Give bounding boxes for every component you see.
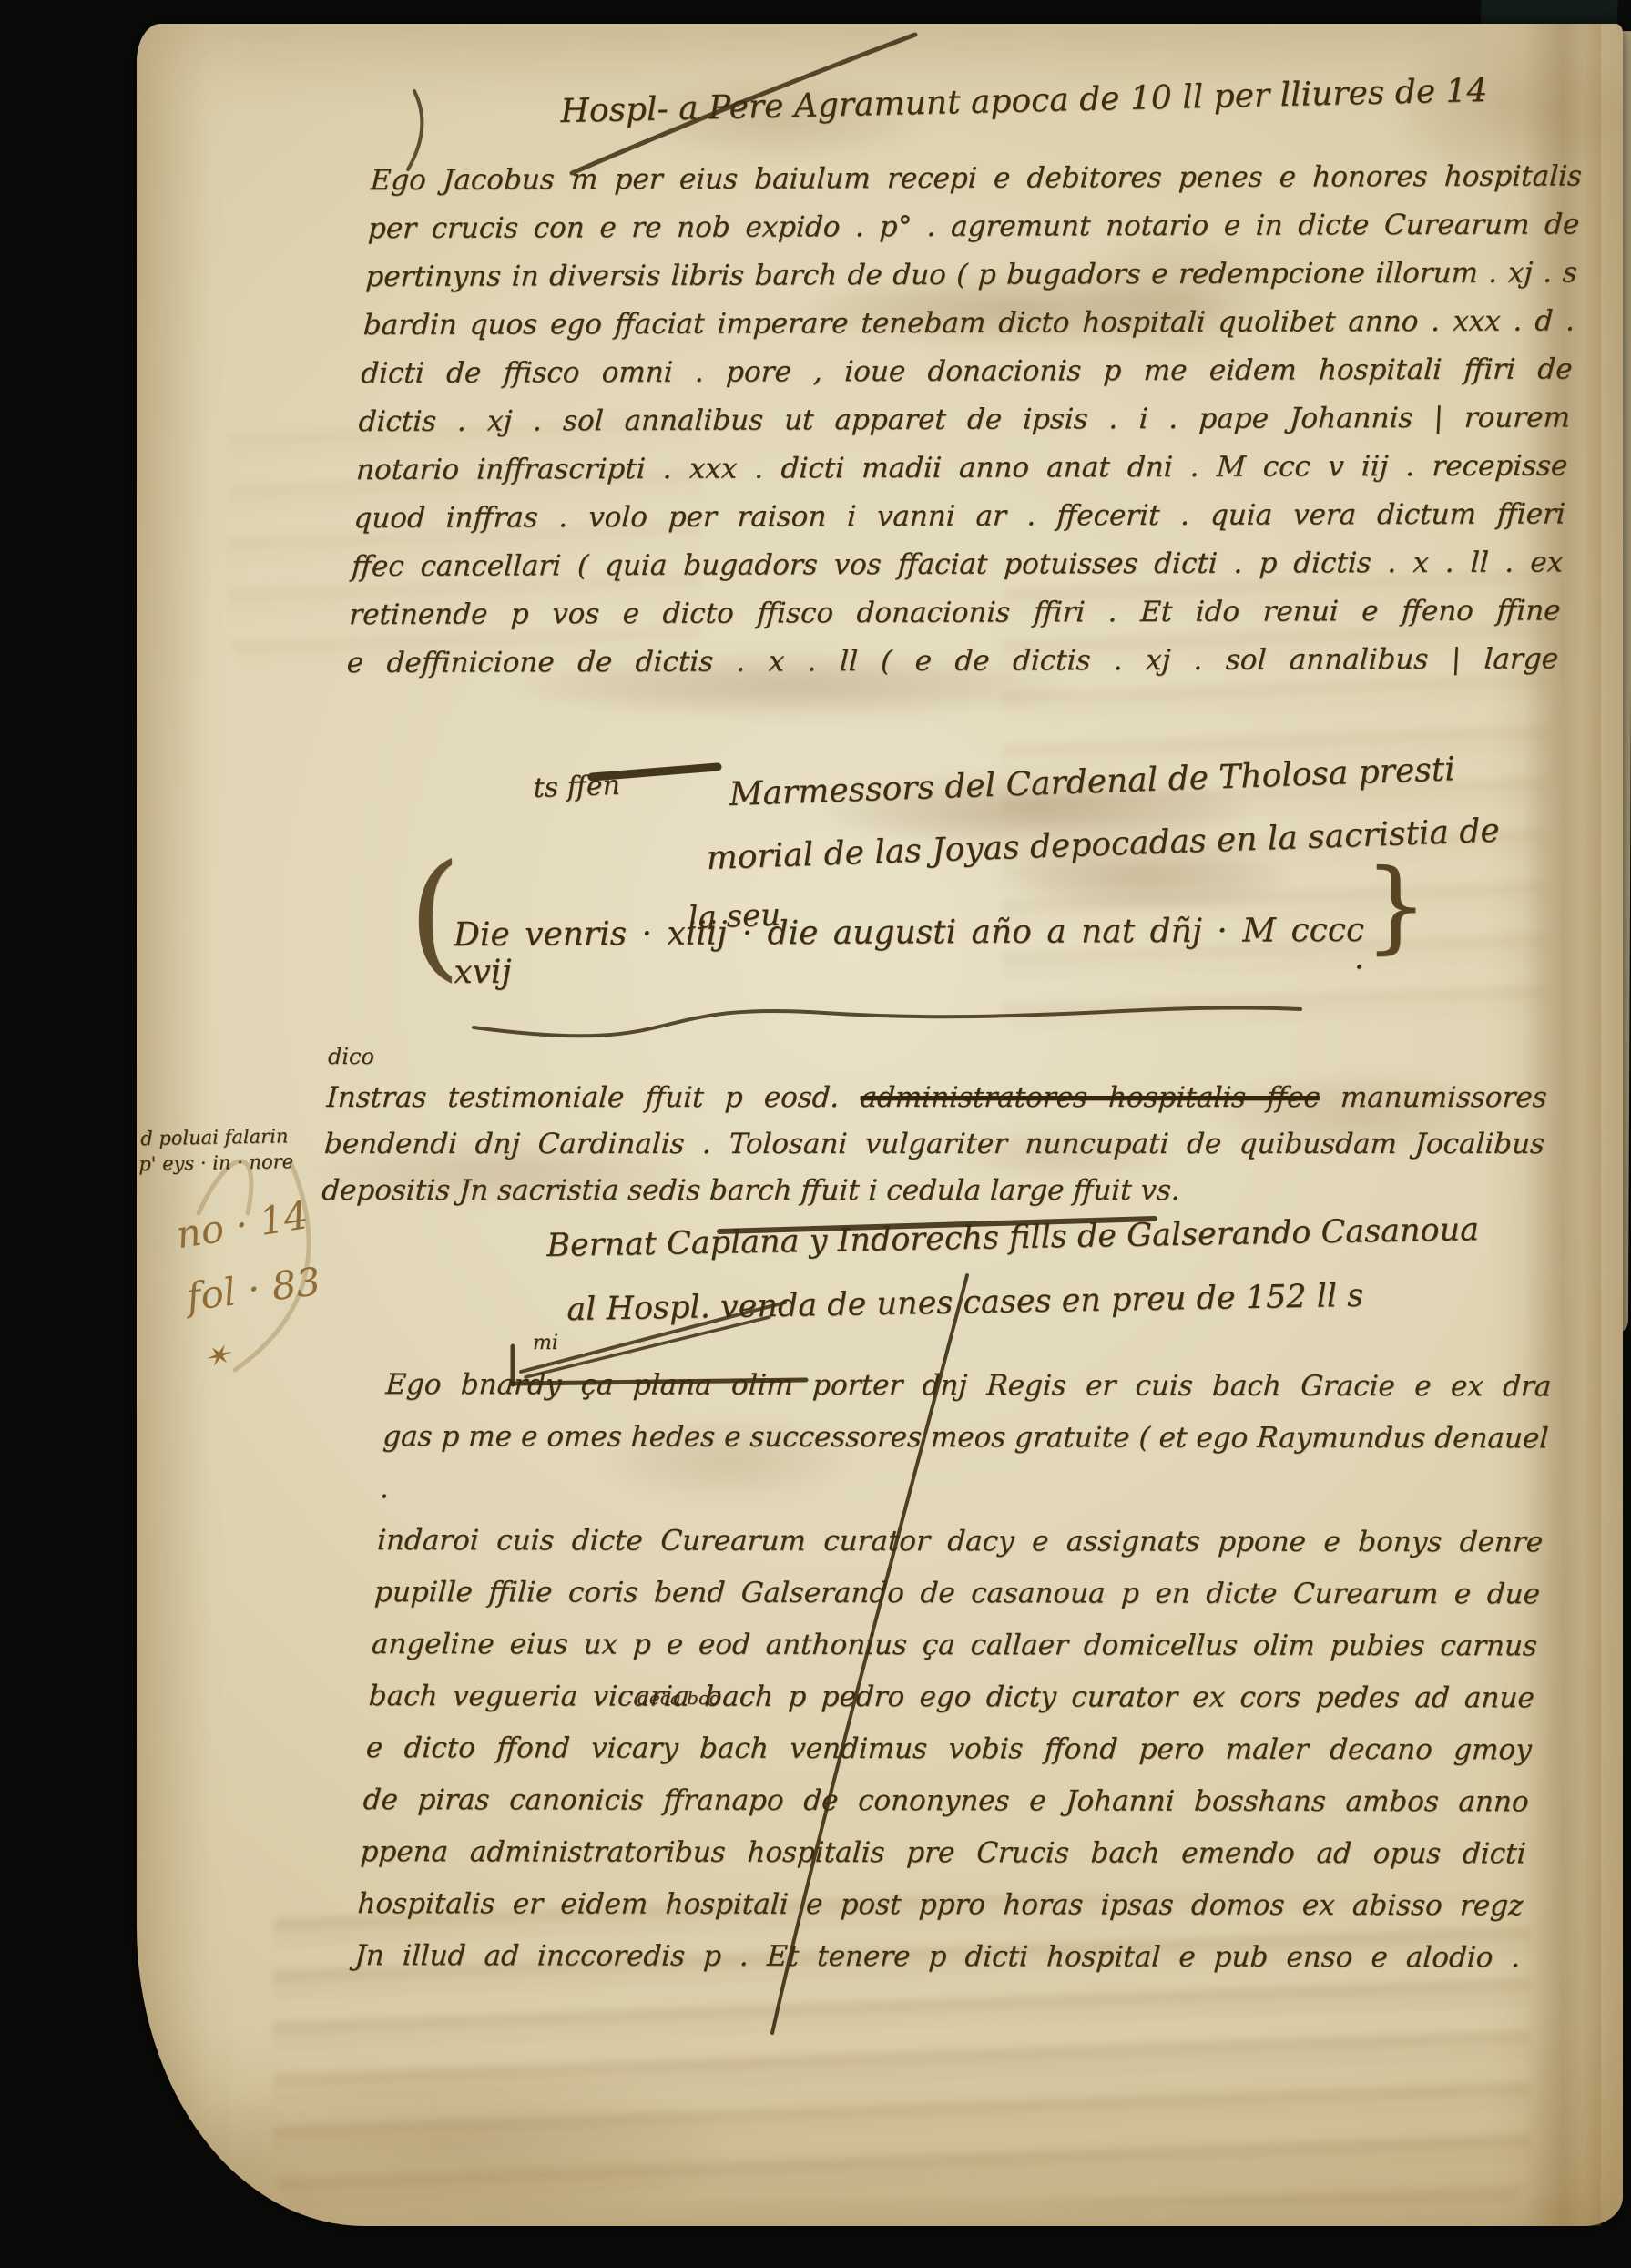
marginal-note: d poluai falarin <box>140 1125 289 1149</box>
body-line: dictis . xj . sol annalibus ut apparet d… <box>357 393 1571 446</box>
manuscript-scan: Hospl- a Pere Agramunt apoca de 10 ll pe… <box>0 0 1631 2268</box>
main-paragraph-3: Ego bnardy ça plana olim porter dnj Regi… <box>353 1359 1553 1984</box>
body-line: bardin quos ego ffaciat imperare tenebam… <box>362 297 1576 350</box>
body-line: bach vegueria vicaria bach p pedro ego d… <box>367 1670 1535 1724</box>
body-line: notario inffrascripti . xxx . dicti madi… <box>355 442 1569 495</box>
body-line: ffec cancellari ( quia bugadors vos ffac… <box>351 538 1565 591</box>
body-line: pertinyns in diversis libris barch de du… <box>364 249 1578 301</box>
body-line: indaroi cuis dicte Curearum curator dacy… <box>376 1515 1544 1568</box>
body-line: de piras canonicis ffranapo de cononynes… <box>362 1774 1530 1828</box>
main-paragraph-2: Instras testimoniale ffuit p eosd. admin… <box>321 1075 1548 1214</box>
body-line: Ego Jacobus m per eius baiulum recepi e … <box>369 152 1583 205</box>
body-line: e dicto ffond vicary bach vendimus vobis… <box>364 1722 1533 1776</box>
date-swash <box>474 1007 1300 1036</box>
body-line: angeline eius ux p e eod anthonius ça ca… <box>370 1619 1538 1672</box>
body-line: Ego bnardy ça plana olim porter dnj Regi… <box>384 1359 1553 1413</box>
body-line: e deffinicione de dictis . x . ll ( e de… <box>345 635 1559 688</box>
body-line: quod inffras . volo per raison i vanni a… <box>352 490 1566 543</box>
body-line: gas p me e omes hedes e successores meos… <box>379 1411 1550 1517</box>
body-line: retinende p vos e dicto ffisco donacioni… <box>348 587 1562 639</box>
line-pre: Instras testimoniale ffuit p eosd. <box>326 1081 861 1114</box>
marginal-word-dico: dico <box>328 1044 374 1069</box>
body-line: dicti de ffisco omni . pore , ioue donac… <box>360 345 1574 398</box>
body-line: Jn illud ad inccoredis p . Et tenere p d… <box>353 1930 1522 1984</box>
struck-text: administratores hospitalis ffec <box>860 1081 1320 1114</box>
body-line: ppena administratoribus hospitalis pre C… <box>359 1826 1527 1880</box>
marginal-note: p' eys · in · nore <box>138 1150 293 1175</box>
interlinear-word: mi <box>533 1332 558 1354</box>
interlinear-word: deca bod <box>637 1687 721 1709</box>
body-line: bendendi dnj Cardinalis . Tolosani vulga… <box>323 1121 1546 1168</box>
body-line: per crucis con e re nob expido . p° . ag… <box>367 200 1581 253</box>
paraph-brace-right: } <box>1364 847 1428 964</box>
section-mark: ts ffen <box>533 770 620 804</box>
body-line: depositis Jn sacristia sedis barch ffuit… <box>321 1168 1544 1214</box>
main-paragraph-1: Ego Jacobus m per eius baiulum recepi e … <box>345 152 1583 688</box>
body-line: hospitalis er eidem hospitali e post ppr… <box>356 1878 1524 1932</box>
line-post: manumissores <box>1319 1081 1548 1114</box>
body-line: pupille ffilie coris bend Galserando de … <box>373 1567 1542 1620</box>
date-line: Die venris · xiiij · die augusti año a n… <box>454 912 1364 991</box>
body-line: Instras testimoniale ffuit p eosd. admin… <box>325 1075 1548 1121</box>
